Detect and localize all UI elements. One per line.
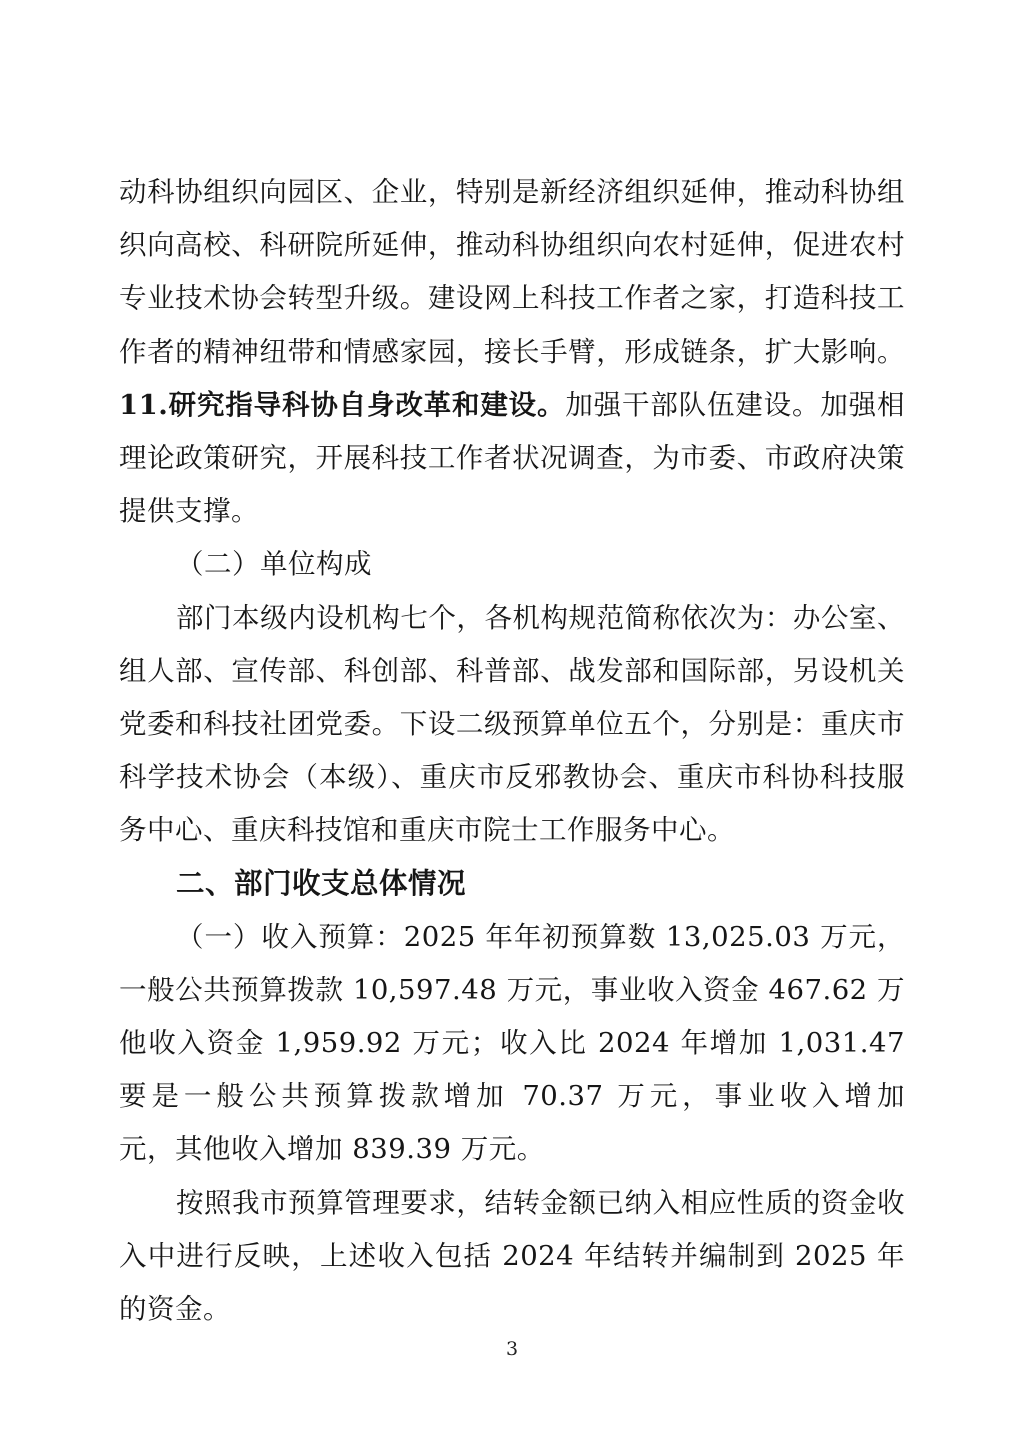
text-line: 11.研究指导科协自身改革和建设。加强干部队伍建设。加强相关 (119, 379, 905, 432)
text-line: 科学技术协会（本级）、重庆市反邪教协会、重庆市科协科技服 (119, 751, 905, 804)
text-segment: 织向高校、科研院所延伸，推动科协组织向农村延伸，促进农村 (119, 229, 905, 261)
text-segment: 科学技术协会（本级）、重庆市反邪教协会、重庆市科协科技服 (119, 761, 905, 793)
text-line: 务中心、重庆科技馆和重庆市院士工作服务中心。 (119, 804, 905, 857)
text-line: 专业技术协会转型升级。建设网上科技工作者之家，打造科技工 (119, 272, 905, 325)
document-page: 动科协组织向园区、企业，特别是新经济组织延伸，推动科协组织向高校、科研院所延伸，… (0, 0, 1024, 1447)
text-segment: 理论政策研究，开展科技工作者状况调查，为市委、市政府决策 (119, 442, 905, 474)
page-number: 3 (0, 1338, 1024, 1360)
text-line: 要是一般公共预算拨款增加 70.37 万元，事业收入增加 121.70 万 (119, 1070, 905, 1123)
text-line: （二）单位构成 (119, 538, 905, 591)
text-line: 入中进行反映，上述收入包括 2024 年结转并编制到 2025 年预算 (119, 1230, 905, 1283)
text-line: 元，其他收入增加 839.39 万元。 (119, 1123, 905, 1176)
text-segment: 入中进行反映，上述收入包括 2024 年结转并编制到 2025 年预算 (119, 1240, 905, 1283)
text-segment: 作者的精神纽带和情感家园，接长手臂，形成链条，扩大影响。 (119, 336, 905, 368)
text-line: 他收入资金 1,959.92 万元；收入比 2024 年增加 1,031.47 … (119, 1017, 905, 1070)
text-segment: 专业技术协会转型升级。建设网上科技工作者之家，打造科技工 (119, 282, 905, 314)
text-line: 动科协组织向园区、企业，特别是新经济组织延伸，推动科协组 (119, 166, 905, 219)
text-line: 按照我市预算管理要求，结转金额已纳入相应性质的资金收 (119, 1177, 905, 1230)
document-body: 动科协组织向园区、企业，特别是新经济组织延伸，推动科协组织向高校、科研院所延伸，… (119, 166, 905, 1336)
text-segment: 要是一般公共预算拨款增加 70.37 万元，事业收入增加 121.70 万 (119, 1080, 905, 1123)
text-segment: 提供支撑。 (119, 495, 259, 527)
text-line: 一般公共预算拨款 10,597.48 万元，事业收入资金 467.62 万元，其 (119, 964, 905, 1017)
text-segment: （一）收入预算：2025 年年初预算数 13,025.03 万元，其中： (119, 921, 905, 964)
text-segment: （二）单位构成 (176, 548, 372, 580)
text-segment: 务中心、重庆科技馆和重庆市院士工作服务中心。 (119, 814, 735, 846)
text-line: 部门本级内设机构七个，各机构规范简称依次为：办公室、 (119, 592, 905, 645)
text-line: （一）收入预算：2025 年年初预算数 13,025.03 万元，其中： (119, 911, 905, 964)
text-line: 提供支撑。 (119, 485, 905, 538)
section-heading: 二、部门收支总体情况 (119, 857, 905, 910)
text-line: 的资金。 (119, 1283, 905, 1336)
text-segment: 一般公共预算拨款 10,597.48 万元，事业收入资金 467.62 万元，其 (119, 974, 905, 1017)
text-segment: 的资金。 (119, 1293, 231, 1325)
bold-text-segment: 11.研究指导科协自身改革和建设。 (119, 389, 565, 421)
bold-text-segment: 二、部门收支总体情况 (176, 867, 466, 900)
text-segment: 元，其他收入增加 839.39 万元。 (119, 1133, 545, 1165)
text-segment: 党委和科技社团党委。下设二级预算单位五个，分别是：重庆市 (119, 708, 905, 740)
text-segment: 部门本级内设机构七个，各机构规范简称依次为：办公室、 (176, 602, 905, 634)
text-segment: 他收入资金 1,959.92 万元；收入比 2024 年增加 1,031.47 … (119, 1027, 905, 1070)
text-line: 织向高校、科研院所延伸，推动科协组织向农村延伸，促进农村 (119, 219, 905, 272)
text-segment: 按照我市预算管理要求，结转金额已纳入相应性质的资金收 (176, 1187, 905, 1219)
text-segment: 组人部、宣传部、科创部、科普部、战发部和国际部，另设机关 (119, 655, 905, 687)
text-line: 党委和科技社团党委。下设二级预算单位五个，分别是：重庆市 (119, 698, 905, 751)
text-line: 理论政策研究，开展科技工作者状况调查，为市委、市政府决策 (119, 432, 905, 485)
text-line: 组人部、宣传部、科创部、科普部、战发部和国际部，另设机关 (119, 645, 905, 698)
text-segment: 动科协组织向园区、企业，特别是新经济组织延伸，推动科协组 (119, 176, 905, 208)
text-line: 作者的精神纽带和情感家园，接长手臂，形成链条，扩大影响。 (119, 326, 905, 379)
